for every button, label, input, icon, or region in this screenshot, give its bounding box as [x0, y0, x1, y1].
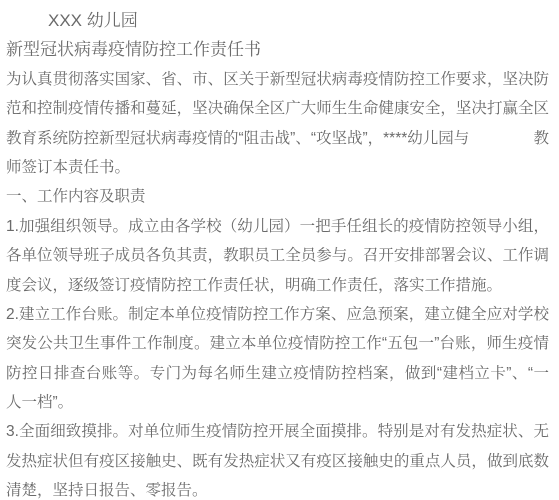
section-heading: 一、工作内容及职责	[6, 182, 549, 211]
item-3-line-1: 3.全面细致摸排。对单位师生疫情防控开展全面摸排。特别是对有发热症状、无	[6, 417, 549, 446]
item-1-line-2: 各单位领导班子成员各负其责，教职员工全员参与。召开安排部署会议、工作调	[6, 241, 549, 270]
org-name: XXX 幼儿园	[6, 6, 549, 35]
document-page: XXX 幼儿园 新型冠状病毒疫情防控工作责任书 为认真贯彻落实国家、省、市、区关…	[0, 0, 559, 500]
intro-line-3-text: 教育系统防控新型冠状病毒疫情的“阻击战”、“攻坚战”，****幼儿园与	[6, 130, 469, 147]
item-1-line-1: 1.加强组织领导。成立由各学校（幼儿园）一把手任组长的疫情防控领导小组，	[6, 212, 549, 241]
intro-line-3: 教育系统防控新型冠状病毒疫情的“阻击战”、“攻坚战”，****幼儿园与教	[6, 124, 549, 153]
item-1-line-3: 度会议，逐级签订疫情防控工作责任状，明确工作责任，落实工作措施。	[6, 271, 549, 300]
item-2-line-3: 防控日排查台账等。专门为每名师生建立疫情防控档案，做到“建档立卡”、“一	[6, 359, 549, 388]
item-3-line-2: 发热症状但有疫区接触史、既有发热症状又有疫区接触史的重点人员，做到底数	[6, 447, 549, 476]
item-3-line-3: 清楚，坚持日报告、零报告。	[6, 476, 549, 500]
item-2-line-4: 人一档”。	[6, 388, 549, 417]
intro-line-1: 为认真贯彻落实国家、省、市、区关于新型冠状病毒疫情防控工作要求，坚决防	[6, 65, 549, 94]
item-2-line-1: 2.建立工作台账。制定本单位疫情防控工作方案、应急预案，建立健全应对学校	[6, 300, 549, 329]
doc-title: 新型冠状病毒疫情防控工作责任书	[6, 35, 549, 64]
intro-line-2: 范和控制疫情传播和蔓延，坚决确保全区广大师生生命健康安全，坚决打赢全区	[6, 94, 549, 123]
intro-line-4: 师签订本责任书。	[6, 153, 549, 182]
intro-line-3-tail: 教	[533, 124, 549, 153]
item-2-line-2: 突发公共卫生事件工作制度。建立本单位疫情防控工作“五包一”台账，师生疫情	[6, 329, 549, 358]
